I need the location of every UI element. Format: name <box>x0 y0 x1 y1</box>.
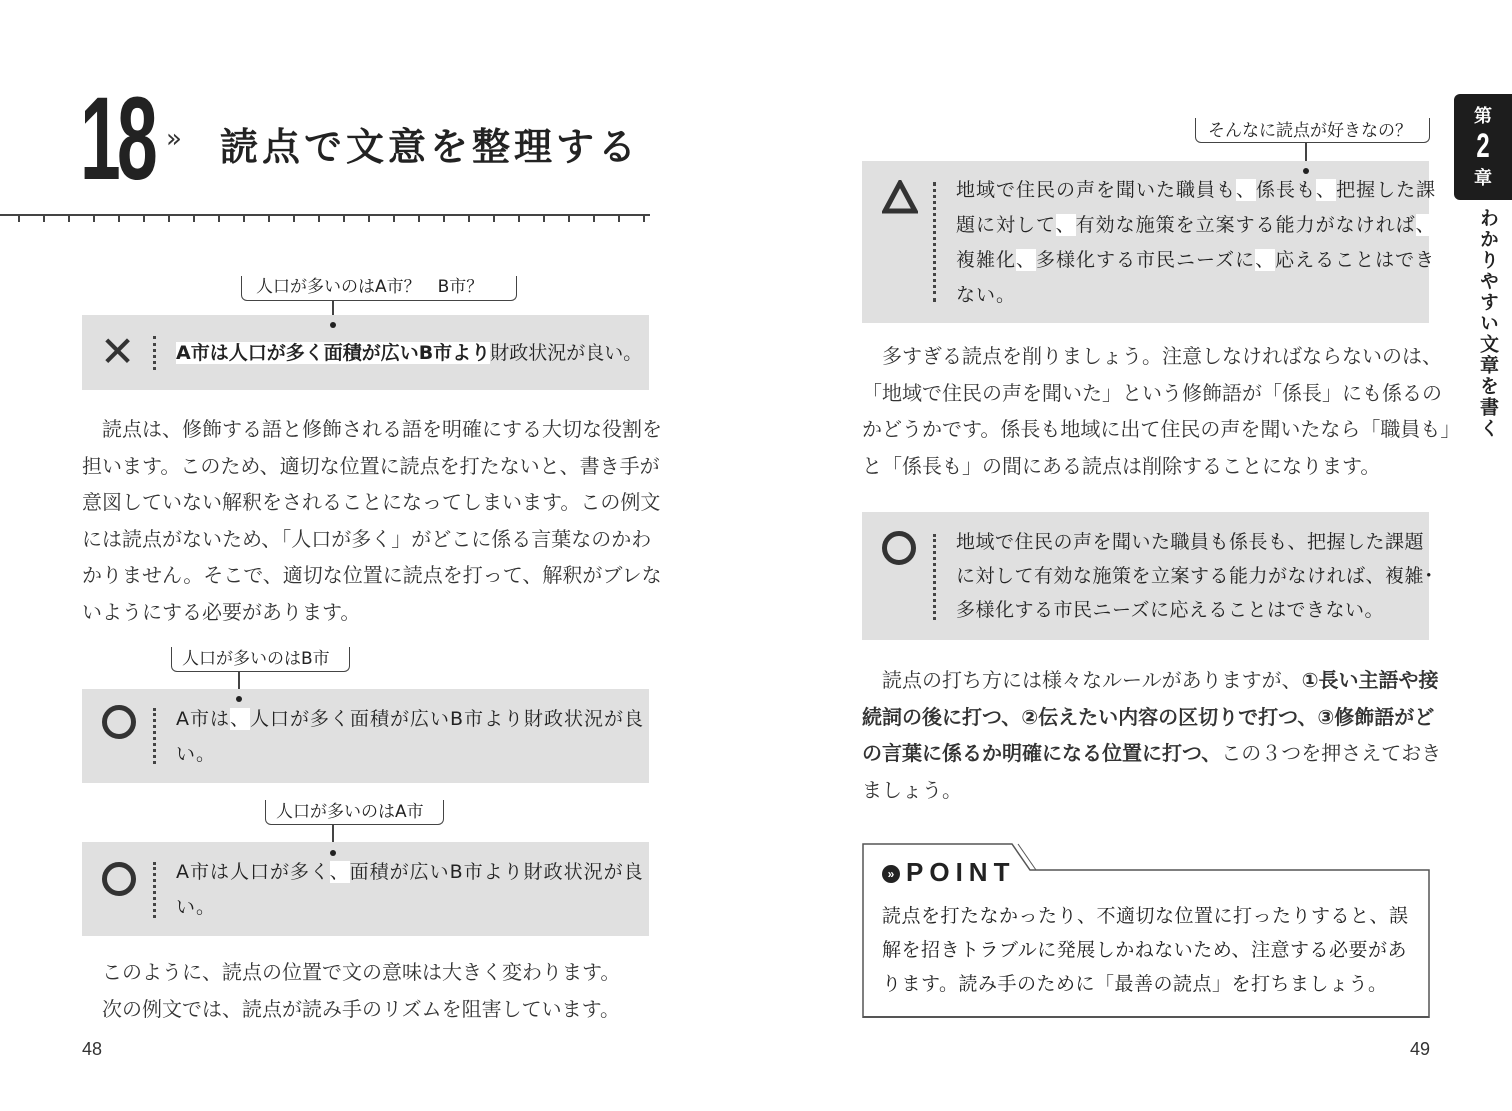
paragraph-line: いようにする必要があります。 <box>82 594 662 631</box>
ruler-tick <box>418 216 420 222</box>
paragraph-line: 担います。このため、適切な位置に読点を打たないと、書き手が <box>82 448 662 485</box>
example-line: 複雑化、多様化する市民ニーズに、応えることはでき <box>956 243 1426 278</box>
paragraph-line: 意図していない解釈をされることになってしまいます。この例文 <box>82 484 662 521</box>
paragraph-line: の言葉に係るか明確になる位置に打つ、この３つを押さえておき <box>862 735 1442 772</box>
excess-comma: 、 <box>1316 179 1336 201</box>
point-line: 解を招きトラブルに発展しかねないため、注意する必要があ <box>882 933 1422 967</box>
page-number-right: 49 <box>1410 1039 1430 1060</box>
rest-phrase: 財政状況が良い。 <box>490 342 642 364</box>
dotted-divider <box>153 708 156 764</box>
inserted-comma: 、 <box>230 708 250 730</box>
paragraph-line: ましょう。 <box>862 772 1442 809</box>
ruler-tick <box>293 216 295 222</box>
text-segment: 題に対して <box>956 214 1056 236</box>
chapter-suffix: 章 <box>1454 164 1512 190</box>
text-segment: い。 <box>176 743 216 765</box>
paragraph-line: 多すぎる読点を削りましょう。注意しなければならないのは、 <box>862 338 1442 375</box>
text-segment: 多様化する市民ニーズに <box>1036 249 1255 271</box>
paragraph-line: には読点がないため、「人口が多く」がどこに係る言葉なのかわ <box>82 521 662 558</box>
point-line: 読点を打たなかったり、不適切な位置に打ったりすると、誤 <box>882 899 1422 933</box>
paragraph-line: と「係長も」の間にある読点は削除することになります。 <box>862 448 1442 485</box>
paragraph-line: かどうかです。係長も地域に出て住民の声を聞いたなら「職員も」 <box>862 411 1442 448</box>
text-segment: 把握した課 <box>1336 179 1436 201</box>
dotted-divider <box>153 862 156 918</box>
triangle-icon <box>882 180 918 218</box>
ruler-tick <box>643 216 645 222</box>
text-segment: A市は人口が多く <box>176 861 330 883</box>
rules-paragraph: 読点の打ち方には様々なルールがありますが、①長い主語や接 続詞の後に打つ、②伝え… <box>862 662 1442 808</box>
text-segment: 読点の打ち方には様々なルールがありますが、 <box>862 668 1302 692</box>
circle-icon <box>882 531 916 565</box>
text-segment: A市は <box>176 708 230 730</box>
dotted-divider <box>153 336 156 370</box>
chapter-prefix: 第 <box>1454 102 1512 128</box>
rule-text: 続詞の後に打つ、②伝えたい内容の区切りで打つ、③修飾語がど <box>862 705 1434 729</box>
ruler-tick <box>118 216 120 222</box>
example-text: 地域で住民の声を聞いた職員も、係長も、把握した課題に対して、有効な施策を立案する… <box>956 173 1426 313</box>
text-segment: 人口が多く面積が広いB市より財政状況が良 <box>250 708 644 730</box>
body-paragraph: このように、読点の位置で文の意味は大きく変わります。 次の例文では、読点が読み手… <box>82 954 662 1027</box>
text-segment: 複雑化 <box>956 249 1016 271</box>
text-segment: い。 <box>176 896 216 918</box>
callout-text: そんなに読点が好きなの？ <box>1204 116 1416 141</box>
example-text: A市は人口が多く面積が広いB市より財政状況が良い。 <box>176 336 642 371</box>
example-line: 多様化する市民ニーズに応えることはできない。 <box>956 593 1426 627</box>
example-text: A市は、人口が多く面積が広いB市より財政状況が良い。 <box>176 702 646 772</box>
stem-dot <box>330 322 336 328</box>
excess-comma: 、 <box>1255 249 1275 271</box>
point-text: 読点を打たなかったり、不適切な位置に打ったりすると、誤 解を招きトラブルに発展し… <box>882 899 1422 1001</box>
excess-comma: 、 <box>1056 214 1076 236</box>
paragraph-line: このように、読点の位置で文の意味は大きく変わります。 <box>82 954 662 991</box>
ruler-tick <box>468 216 470 222</box>
circle-icon <box>102 862 136 896</box>
ruler-tick <box>518 216 520 222</box>
double-chevron-icon: » <box>166 124 182 154</box>
text-segment: 地域で住民の声を聞いた職員も <box>956 179 1236 201</box>
ruler-tick <box>168 216 170 222</box>
example-text: A市は人口が多く、面積が広いB市より財政状況が良い。 <box>176 855 646 925</box>
example-line: 地域で住民の声を聞いた職員も、係長も、把握した課 <box>956 173 1426 208</box>
page-title: 読点で文意を整理する <box>220 116 640 171</box>
excess-comma: 、 <box>1016 249 1036 271</box>
page-number-left: 48 <box>82 1039 102 1060</box>
inserted-comma: 、 <box>330 861 350 883</box>
text-segment: ない。 <box>956 284 1016 306</box>
paragraph-line: 「地域で住民の声を聞いた」という修飾語が「係長」にも係るの <box>862 375 1442 412</box>
text-segment: 応えることはでき <box>1275 249 1435 271</box>
paragraph-line: 読点は、修飾する語と修飾される語を明確にする大切な役割を <box>82 411 662 448</box>
ruler-tick <box>393 216 395 222</box>
callout-text: 人口が多いのはA市 <box>272 797 428 822</box>
chapter-tab[interactable]: 第 2 章 <box>1454 94 1512 200</box>
ruler-tick <box>343 216 345 222</box>
callout-text: 人口が多いのはA市？ B市？ <box>252 272 487 297</box>
dotted-divider <box>933 182 936 302</box>
rule-text: の言葉に係るか明確になる位置に打つ、 <box>862 741 1221 765</box>
point-line: ります。読み手のために「最善の読点」を打ちましょう。 <box>882 967 1422 1001</box>
paragraph-line: かりません。そこで、適切な位置に読点を打って、解釈がブレな <box>82 557 662 594</box>
section-number: 18 <box>80 84 154 194</box>
paragraph-line: 次の例文では、読点が読み手のリズムを阻害しています。 <box>82 991 662 1028</box>
circle-icon <box>102 705 136 739</box>
ruler-tick <box>193 216 195 222</box>
example-line: ない。 <box>956 278 1426 313</box>
example-line: 地域で住民の声を聞いた職員も係長も、把握した課題 <box>956 525 1426 559</box>
ruler-tick <box>493 216 495 222</box>
ruler-tick <box>93 216 95 222</box>
ruler-tick <box>318 216 320 222</box>
paragraph-line: 読点の打ち方には様々なルールがありますが、①長い主語や接 <box>862 662 1442 699</box>
ruler-tick <box>543 216 545 222</box>
text-segment: 有効な施策を立案する能力がなければ <box>1076 214 1416 236</box>
excess-comma: 、 <box>1236 179 1256 201</box>
ruler-tick <box>618 216 620 222</box>
ruler-tick <box>143 216 145 222</box>
ruler-tick <box>43 216 45 222</box>
cross-icon: ✕ <box>100 328 135 376</box>
point-heading: »POINT <box>882 857 1015 888</box>
excess-comma: 、 <box>1416 214 1436 236</box>
header-ruler <box>0 214 650 216</box>
point-label: POINT <box>906 857 1015 887</box>
chapter-title: わかりやすい文章を書く <box>1462 208 1502 439</box>
ruler-tick <box>218 216 220 222</box>
example-text: 地域で住民の声を聞いた職員も係長も、把握した課題 に対して有効な施策を立案する能… <box>956 525 1426 627</box>
ruler-tick <box>268 216 270 222</box>
text-segment: 係長も <box>1256 179 1316 201</box>
text-segment: 面積が広いB市より財政状況が良 <box>350 861 644 883</box>
callout-text: 人口が多いのはB市 <box>178 644 334 669</box>
body-paragraph: 読点は、修飾する語と修飾される語を明確にする大切な役割を 担います。このため、適… <box>82 411 662 630</box>
text-segment: この３つを押さえておき <box>1221 741 1441 765</box>
highlighted-phrase: A市は人口が多く面積が広いB市より <box>176 342 490 364</box>
ruler-tick <box>18 216 20 222</box>
double-chevron-circle-icon: » <box>882 865 900 883</box>
ruler-tick <box>568 216 570 222</box>
ruler-tick <box>368 216 370 222</box>
ruler-tick <box>243 216 245 222</box>
point-box: »POINT 読点を打たなかったり、不適切な位置に打ったりすると、誤 解を招きト… <box>862 843 1430 1018</box>
ruler-tick <box>443 216 445 222</box>
ruler-tick <box>68 216 70 222</box>
chapter-number: 2 <box>1463 128 1504 164</box>
example-line: 題に対して、有効な施策を立案する能力がなければ、 <box>956 208 1426 243</box>
dotted-divider <box>933 534 936 620</box>
rule-text: ①長い主語や接 <box>1302 668 1439 692</box>
ruler-tick <box>593 216 595 222</box>
paragraph-line: 続詞の後に打つ、②伝えたい内容の区切りで打つ、③修飾語がど <box>862 699 1442 736</box>
body-paragraph: 多すぎる読点を削りましょう。注意しなければならないのは、 「地域で住民の声を聞い… <box>862 338 1442 484</box>
example-line: に対して有効な施策を立案する能力がなければ、複雑･ <box>956 559 1426 593</box>
